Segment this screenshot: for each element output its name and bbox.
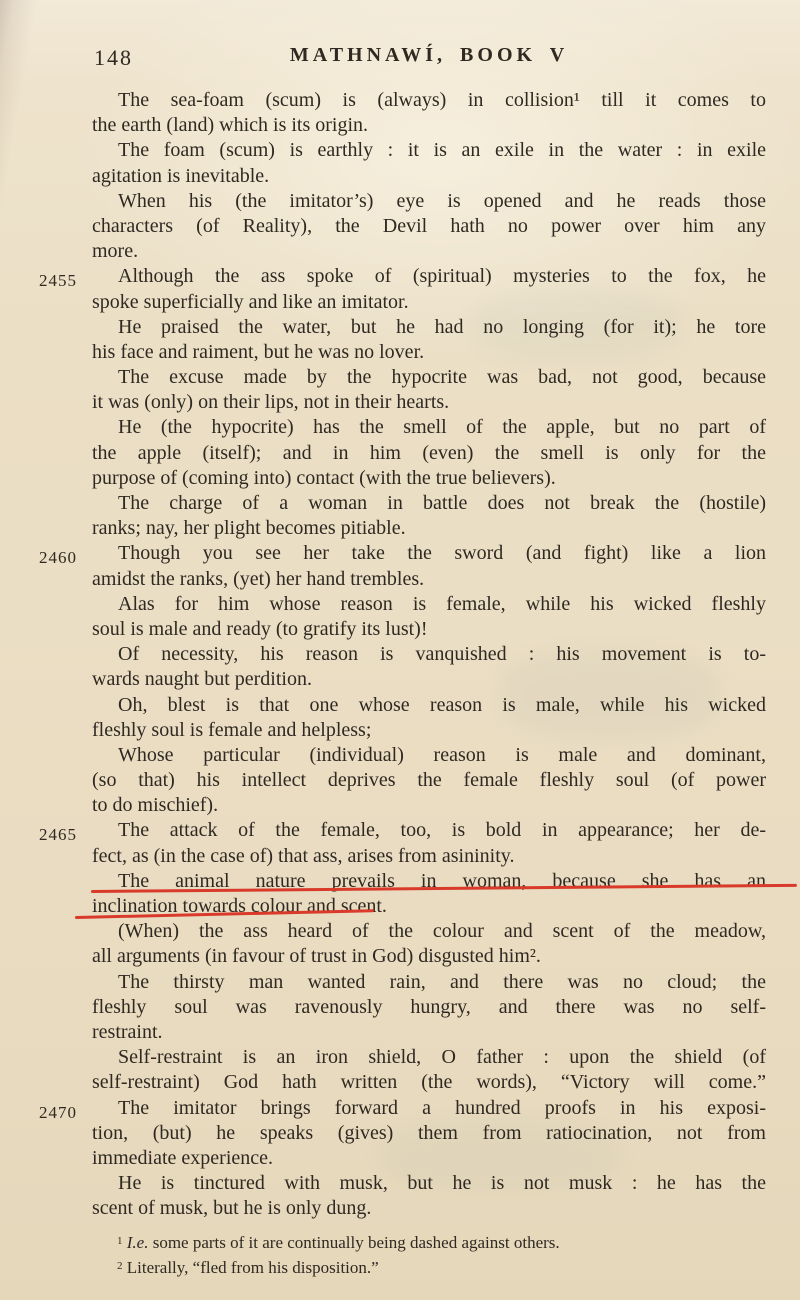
body-line: Though you see her take the sword (and f… xyxy=(92,541,766,566)
verse-number: 2465 xyxy=(39,822,87,847)
page-number: 148 xyxy=(94,45,133,71)
body-line: Whose particular (individual) reason is … xyxy=(92,743,766,768)
body-line: When his (the imitator’s) eye is opened … xyxy=(92,189,766,214)
footnotes: 1 I.e. some parts of it are continually … xyxy=(92,1231,766,1280)
body-line: Oh, blest is that one whose reason is ma… xyxy=(92,693,766,718)
paragraph: Whose particular (individual) reason is … xyxy=(92,743,766,819)
body-line: it was (only) on their lips, not in thei… xyxy=(92,390,766,415)
paragraph: Alas for him whose reason is female, whi… xyxy=(92,592,766,642)
footnote: 1 I.e. some parts of it are continually … xyxy=(92,1231,766,1256)
paragraph: He praised the water, but he had no long… xyxy=(92,315,766,365)
body-line: to do mischief). xyxy=(92,793,766,818)
body-line: (When) the ass heard of the colour and s… xyxy=(92,919,766,944)
body-line: The foam (scum) is earthly : it is an ex… xyxy=(92,138,766,163)
verse-number: 2470 xyxy=(39,1100,87,1125)
body-line: self-restraint) God hath written (the wo… xyxy=(92,1070,766,1095)
body-line: soul is male and ready (to gratify its l… xyxy=(92,617,766,642)
body-line: the earth (land) which is its origin. xyxy=(92,113,766,138)
paragraph: He (the hypocrite) has the smell of the … xyxy=(92,415,766,491)
paragraph: 2460Though you see her take the sword (a… xyxy=(92,541,766,591)
paragraph: The thirsty man wanted rain, and there w… xyxy=(92,970,766,1046)
paragraph: Of necessity, his reason is vanquished :… xyxy=(92,642,766,692)
body-line: the apple (itself); and in him (even) th… xyxy=(92,441,766,466)
paragraph: The animal nature prevails in woman, bec… xyxy=(92,869,766,919)
body-line: Of necessity, his reason is vanquished :… xyxy=(92,642,766,667)
paragraph: The foam (scum) is earthly : it is an ex… xyxy=(92,138,766,188)
paragraph: 2465The attack of the female, too, is bo… xyxy=(92,818,766,868)
paragraph: The sea-foam (scum) is (always) in colli… xyxy=(92,88,766,138)
body-line: characters (of Reality), the Devil hath … xyxy=(92,214,766,239)
body-line: Alas for him whose reason is female, whi… xyxy=(92,592,766,617)
paragraph: Oh, blest is that one whose reason is ma… xyxy=(92,693,766,743)
paragraph: The excuse made by the hypocrite was bad… xyxy=(92,365,766,415)
body-line: The thirsty man wanted rain, and there w… xyxy=(92,970,766,995)
page-header: 148 MATHNAWÍ, BOOK V xyxy=(92,40,766,72)
body-line: all arguments (in favour of trust in God… xyxy=(92,944,766,969)
body-line: The excuse made by the hypocrite was bad… xyxy=(92,365,766,390)
body-line: Although the ass spoke of (spiritual) my… xyxy=(92,264,766,289)
paragraph: When his (the imitator’s) eye is opened … xyxy=(92,189,766,265)
body-line: scent of musk, but he is only dung. xyxy=(92,1196,766,1221)
body-line: fleshly soul is female and helpless; xyxy=(92,718,766,743)
body-line: The sea-foam (scum) is (always) in colli… xyxy=(92,88,766,113)
body-line: ranks; nay, her plight becomes pitiable. xyxy=(92,516,766,541)
body-line: wards naught but perdition. xyxy=(92,667,766,692)
verse-number: 2460 xyxy=(39,545,87,570)
body-line: The imitator brings forward a hundred pr… xyxy=(92,1096,766,1121)
paragraph: He is tinctured with musk, but he is not… xyxy=(92,1171,766,1221)
body-line: tion, (but) he speaks (gives) them from … xyxy=(92,1121,766,1146)
body-line: The charge of a woman in battle does not… xyxy=(92,491,766,516)
body-line: amidst the ranks, (yet) her hand tremble… xyxy=(92,567,766,592)
verse-number: 2455 xyxy=(39,268,87,293)
footnote-marker: 1 xyxy=(117,1235,123,1247)
body-line: restraint. xyxy=(92,1020,766,1045)
footnote: 2 Literally, “fled from his disposition.… xyxy=(92,1256,766,1281)
body-line: his face and raiment, but he was no love… xyxy=(92,340,766,365)
body-line: He praised the water, but he had no long… xyxy=(92,315,766,340)
body-line: The attack of the female, too, is bold i… xyxy=(92,818,766,843)
body-text: The sea-foam (scum) is (always) in colli… xyxy=(92,88,766,1221)
running-title: MATHNAWÍ, BOOK V xyxy=(92,40,766,70)
body-line: immediate experience. xyxy=(92,1146,766,1171)
paragraph: Self-restraint is an iron shield, O fath… xyxy=(92,1045,766,1095)
body-line: (so that) his intellect deprives the fem… xyxy=(92,768,766,793)
body-line: spoke superficially and like an imitator… xyxy=(92,290,766,315)
body-line: agitation is inevitable. xyxy=(92,164,766,189)
paragraph: 2455Although the ass spoke of (spiritual… xyxy=(92,264,766,314)
body-line: Self-restraint is an iron shield, O fath… xyxy=(92,1045,766,1070)
body-line: fect, as (in the case of) that ass, aris… xyxy=(92,844,766,869)
body-line: more. xyxy=(92,239,766,264)
body-line: fleshly soul was ravenously hungry, and … xyxy=(92,995,766,1020)
paragraph: (When) the ass heard of the colour and s… xyxy=(92,919,766,969)
footnote-marker: 2 xyxy=(117,1260,123,1272)
paragraph: The charge of a woman in battle does not… xyxy=(92,491,766,541)
book-page: 148 MATHNAWÍ, BOOK V The sea-foam (scum)… xyxy=(0,0,800,1300)
body-line: purpose of (coming into) contact (with t… xyxy=(92,466,766,491)
body-line: He (the hypocrite) has the smell of the … xyxy=(92,415,766,440)
body-line: He is tinctured with musk, but he is not… xyxy=(92,1171,766,1196)
paragraph: 2470The imitator brings forward a hundre… xyxy=(92,1096,766,1172)
